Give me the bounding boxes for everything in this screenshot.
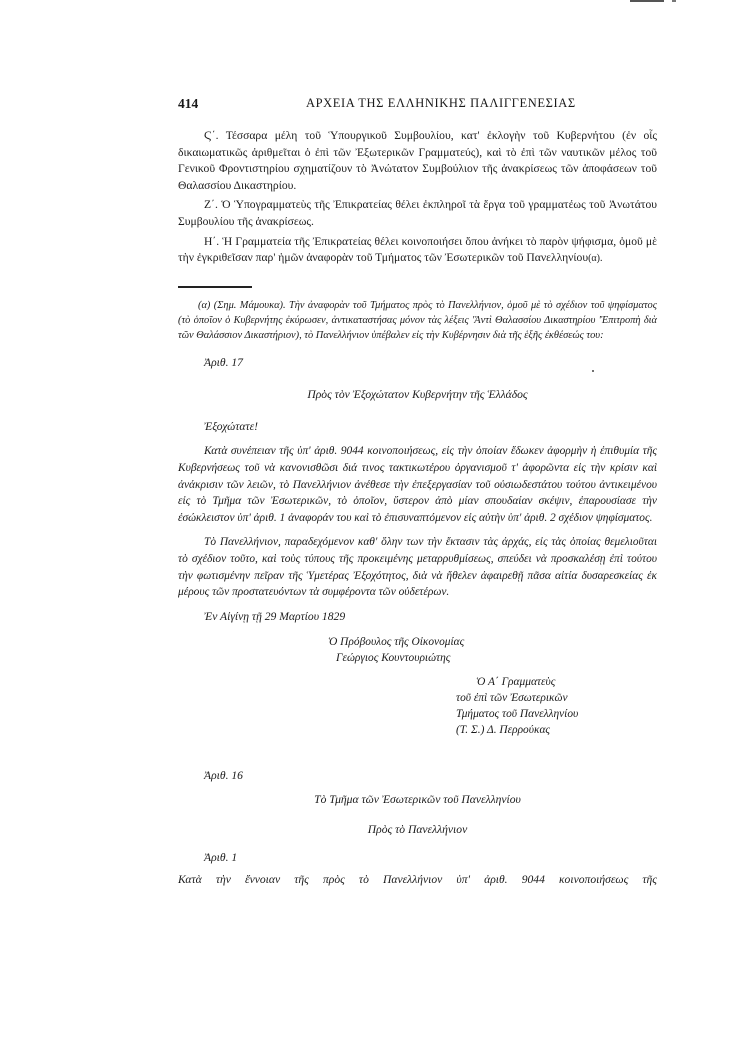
document-addressee: Πρὸς τὸ Πανελλήνιον [178,822,657,838]
signature-name: (Τ. Σ.) Δ. Περρούκας [456,722,657,738]
signature-block-secretary: Ὁ Α΄ Γραμματεὺς τοῦ ἐπὶ τῶν Ἐσωτερικῶν Τ… [456,674,657,738]
footnote-rule [178,286,252,288]
signature-name: Γεώργιος Κουντουριώτης [328,650,657,666]
footnote-reference: (α). [588,253,602,264]
article-7: Ζ΄. Ὁ Ὑπογραμματεὺς τῆς Ἐπικρατείας θέλε… [178,197,657,230]
page-number: 414 [178,96,198,112]
article-label: Η΄. [204,235,219,248]
footnote: (α) (Σημ. Μάμουκα). Τὴν ἀναφορὰν τοῦ Τμή… [178,298,657,344]
article-label: Ϛ΄. [204,129,219,142]
body-text: Ϛ΄. Τέσσαρα μέλη τοῦ Ὑπουργικοῦ Συμβουλί… [178,128,657,268]
running-title: ΑΡΧΕΙΑ ΤΗΣ ΕΛΛΗΝΙΚΗΣ ΠΑΛΙΓΓΕΝΕΣΙΑΣ [306,96,576,111]
article-6: Ϛ΄. Τέσσαρα μέλη τοῦ Ὑπουργικοῦ Συμβουλί… [178,128,657,194]
document-first-line: Κατὰ τὴν ἔννοιαν τῆς πρὸς τὸ Πανελλήνιον… [178,872,657,888]
article-8: Η΄. Ἡ Γραμματεία τῆς Ἐπικρατείας θέλει κ… [178,234,657,268]
running-head: 414 ΑΡΧΕΙΑ ΤΗΣ ΕΛΛΗΝΙΚΗΣ ΠΑΛΙΓΓΕΝΕΣΙΑΣ [178,96,657,116]
salutation: Ἐξοχώτατε! [204,419,657,435]
document-number-16: Ἀριθ. 16 [204,768,657,784]
article-text: Ὁ Ὑπογραμματεὺς τῆς Ἐπικρατείας θέλει ἐκ… [178,198,657,228]
signature-title: Ὁ Α΄ Γραμματεὺς [456,674,657,690]
scan-edge-mark [630,0,664,2]
signature-line: Τμήματος τοῦ Πανελληνίου [456,706,657,722]
signature-line: τοῦ ἐπὶ τῶν Ἐσωτερικῶν [456,690,657,706]
signature-title: Ὁ Πρόβουλος τῆς Οἰκονομίας [328,634,657,650]
article-text: Ἡ Γραμματεία τῆς Ἐπικρατείας θέλει κοινο… [178,235,657,265]
article-label: Ζ΄. [204,198,218,211]
footnote-marker: (α) [198,300,210,311]
document-number-17: Ἀριθ. 17 [204,355,657,371]
document-addressee: Πρὸς τὸν Ἐξοχώτατον Κυβερνήτην τῆς Ἑλλάδ… [178,387,657,403]
footnote-source: (Σημ. Μάμουκα). [214,300,286,311]
document-number-1: Ἀριθ. 1 [204,850,657,866]
dateline: Ἐν Αἰγίνῃ τῇ 29 Μαρτίου 1829 [204,609,657,625]
document-sender: Τὸ Τμῆμα τῶν Ἐσωτερικῶν τοῦ Πανελληνίου [178,792,657,808]
letter-paragraph: Τὸ Πανελλήνιον, παραδεχόμενον καθ' ὅλην … [178,534,657,600]
article-text: Τέσσαρα μέλη τοῦ Ὑπουργικοῦ Συμβουλίου, … [178,129,657,192]
scan-edge-mark [672,0,676,2]
letter-paragraph: Κατὰ συνέπειαν τῆς ὑπ' ἀριθ. 9044 κοινοπ… [178,443,657,526]
signature-block-probulos: Ὁ Πρόβουλος τῆς Οἰκονομίας Γεώργιος Κουν… [328,634,657,666]
book-page: 414 ΑΡΧΕΙΑ ΤΗΣ ΕΛΛΗΝΙΚΗΣ ΠΑΛΙΓΓΕΝΕΣΙΑΣ Ϛ… [178,96,657,888]
